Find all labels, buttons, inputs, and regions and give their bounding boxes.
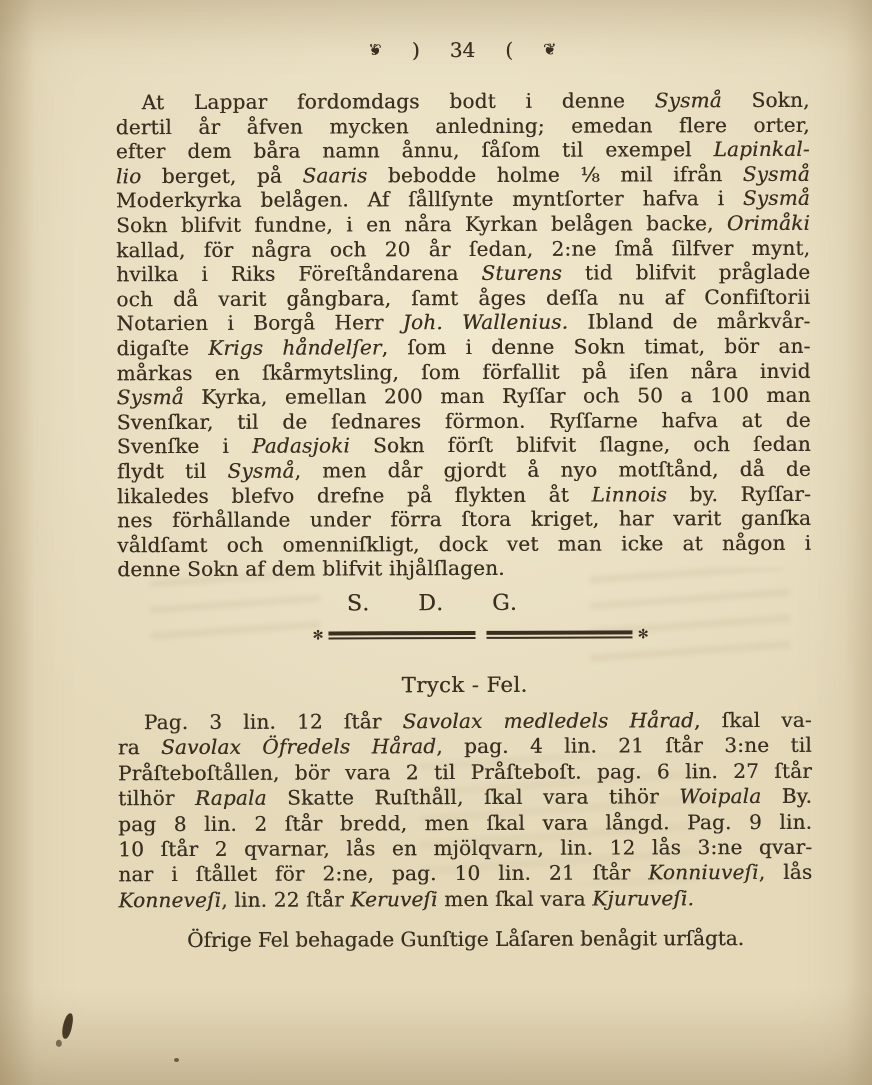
text-segment: by. Ryſſar- <box>667 481 811 506</box>
text-line: Pråſteboſtållen, bör vara 2 til Pråſtebo… <box>118 758 812 786</box>
text-segment: ra <box>118 735 161 759</box>
page-content: ❦ ) 34 ( ❦ At Lappar fordomdags bodt i d… <box>115 37 812 953</box>
ink-speck <box>174 1058 179 1062</box>
text-segment: , ſkal va- <box>694 708 812 732</box>
text-segment: tid blifvit pråglade <box>562 260 810 285</box>
text-line: nes förhållande under förra ſtora kriget… <box>117 506 811 533</box>
italic-text-segment: Kjuruveſi. <box>592 886 694 910</box>
italic-text-segment: Sysmå <box>655 88 722 112</box>
text-line: dertil år åfven mycken anledning; emedan… <box>116 112 810 139</box>
italic-text-segment: Saaris <box>302 163 367 187</box>
text-line: Svenſke i Padasjoki Sokn förſt blifvit ſ… <box>117 432 811 459</box>
italic-text-segment: Savolax medledels Hårad <box>402 708 694 733</box>
page-header: ❦ ) 34 ( ❦ <box>115 37 809 63</box>
italic-text-segment: Sturens <box>481 261 562 285</box>
text-line: digaſte Krigs håndelſer, ſom i denne Sok… <box>116 334 810 361</box>
italic-text-segment: Konneveſi <box>118 888 221 912</box>
text-line: flydt til Sysmå, men dår gjordt å nyo mo… <box>117 457 811 484</box>
closing-line: Öfrige Fel behagade Gunſtige Låſaren ben… <box>119 926 813 952</box>
text-segment: berget, på <box>141 163 302 188</box>
text-line: kallad, för några och 20 år ſedan, 2:ne … <box>116 235 810 262</box>
text-line: hvilka i Riks Föreſtåndarena Sturens tid… <box>116 260 810 287</box>
text-line: denne Sokn af dem blifvit ihjålſlagen. <box>117 555 811 582</box>
text-segment: Skatte Ruſthåll, ſkal vara tihör <box>267 784 680 809</box>
text-segment: , lin. 22 ſtår <box>221 887 350 911</box>
header-close-paren: ( <box>505 38 513 62</box>
text-line: mårkas en ſkårmytsling, ſom förfallit på… <box>117 358 811 385</box>
text-segment: Pråſteboſtållen, bör vara 2 til Pråſtebo… <box>118 758 812 784</box>
text-segment: Kyrka, emellan 200 man Ryſſar och 50 a 1… <box>184 383 811 409</box>
italic-text-segment: Savolax Öfredels Hårad <box>161 734 436 759</box>
text-line: Moderkyrka belågen. Af ſållſynte myntſor… <box>116 186 810 213</box>
text-line: ra Savolax Öfredels Hårad, pag. 4 lin. 2… <box>118 733 812 761</box>
italic-text-segment: Sysmå <box>743 162 810 186</box>
text-segment: Sokn, <box>722 88 810 112</box>
italic-text-segment: Orimåki <box>727 211 810 235</box>
text-segment: pag 8 lin. 2 ſtår bredd, men ſkal vara l… <box>118 809 812 835</box>
italic-text-segment: Lapinkal- <box>713 137 809 161</box>
text-segment: mårkas en ſkårmytsling, ſom förfallit på… <box>117 358 811 384</box>
text-line: Sokn blifvit fundne, i en nåra Kyrkan be… <box>116 211 810 238</box>
text-segment: Sokn blifvit fundne, i en nåra Kyrkan be… <box>116 211 727 237</box>
page-number: 34 <box>450 38 476 62</box>
text-segment: dertil år åfven mycken anledning; emedan… <box>116 112 810 138</box>
sdg-letter: G. <box>492 591 518 616</box>
text-segment: Svenſke i <box>117 434 252 458</box>
text-line: Sysmå Kyrka, emellan 200 man Ryſſar och … <box>117 383 811 410</box>
text-segment: nar i ſtållet för 2:ne, pag. 10 lin. 21 … <box>118 861 648 887</box>
text-segment: denne Sokn af dem blifvit ihjålſlagen. <box>117 556 505 581</box>
text-segment: men ſkal vara <box>438 886 593 911</box>
italic-text-segment: Keruveſi <box>350 887 437 911</box>
divider-rule <box>486 631 633 640</box>
text-segment: Notarien i Borgå Herr <box>116 311 402 336</box>
text-segment: tilhör <box>118 786 195 810</box>
text-segment: digaſte <box>116 336 208 360</box>
errata-paragraph: Pag. 3 lin. 12 ſtår Savolax medledels Hå… <box>118 708 813 914</box>
text-line: och då varit gångbara, ſamt åges deſſa n… <box>116 285 810 312</box>
text-segment: kallad, för några och 20 år ſedan, 2:ne … <box>116 235 810 261</box>
text-line: Konneveſi, lin. 22 ſtår Keruveſi men ſka… <box>118 886 812 914</box>
section-divider: ✻ ✻ <box>312 628 648 642</box>
text-segment: , pag. 4 lin. 21 ſtår 3:ne til <box>436 733 812 758</box>
floral-ornament-icon: ❦ <box>543 42 556 58</box>
italic-text-segment: Woipala <box>679 784 761 808</box>
scanned-book-page: ❦ ) 34 ( ❦ At Lappar fordomdags bodt i d… <box>0 0 872 1085</box>
errata-heading: Tryck - Fel. <box>118 672 812 698</box>
italic-text-segment: Padasjoki <box>252 434 350 458</box>
italic-text-segment: Joh. Wallenius. <box>403 310 569 335</box>
italic-text-segment: Sysmå <box>227 458 294 482</box>
ink-blot <box>61 1012 74 1039</box>
text-line: At Lappar fordomdags bodt i denne Sysmå … <box>116 88 810 115</box>
text-line: pag 8 lin. 2 ſtår bredd, men ſkal vara l… <box>118 809 812 837</box>
text-segment: likaledes blefvo drefne på flykten åt <box>117 482 592 508</box>
text-line: 10 ſtår 2 qvarnar, lås en mjölqvarn, lin… <box>118 835 812 863</box>
text-segment: bebodde holme ⅛ mil ifrån <box>367 162 742 187</box>
text-segment: 10 ſtår 2 qvarnar, lås en mjölqvarn, lin… <box>118 835 812 861</box>
floral-ornament-icon: ❦ <box>368 42 381 58</box>
italic-text-segment: Konniuveſi <box>648 860 759 884</box>
italic-text-segment: lio <box>116 164 142 188</box>
italic-text-segment: Krigs håndelſer <box>208 335 381 360</box>
text-line: lio berget, på Saaris bebodde holme ⅛ mi… <box>116 162 810 189</box>
asterisk-ornament-icon: ✻ <box>638 628 649 641</box>
sdg-initials: S. D. G. <box>85 590 779 617</box>
italic-text-segment: Rapala <box>195 786 267 810</box>
text-segment: At Lappar fordomdags bodt i denne <box>142 88 655 114</box>
text-segment: By. <box>761 784 812 808</box>
main-paragraph: At Lappar fordomdags bodt i denne Sysmå … <box>116 88 812 582</box>
text-line: Svenſkar, til de ſednares förmon. Ryſſar… <box>117 408 811 435</box>
text-segment: våldſamt och omenniſkligt, dock vet man … <box>117 530 811 556</box>
sdg-letter: S. <box>347 591 370 616</box>
text-segment: , men dår gjordt å nyo motſtånd, då de <box>295 457 811 483</box>
italic-text-segment: Sysmå <box>743 186 810 210</box>
text-line: likaledes blefvo drefne på flykten åt Li… <box>117 481 811 508</box>
text-segment: Pag. 3 lin. 12 ſtår <box>144 709 403 734</box>
text-segment: hvilka i Riks Föreſtåndarena <box>116 261 481 286</box>
divider-rule <box>328 631 475 640</box>
text-line: efter dem båra namn ånnu, ſåſom til exem… <box>116 137 810 164</box>
text-segment: Svenſkar, til de ſednares förmon. Ryſſar… <box>117 408 811 434</box>
text-segment: flydt til <box>117 459 228 483</box>
text-line: tilhör Rapala Skatte Ruſthåll, ſkal vara… <box>118 784 812 812</box>
text-segment: , lås <box>759 860 813 884</box>
text-segment: Moderkyrka belågen. Af ſållſynte myntſor… <box>116 186 743 212</box>
text-segment: , ſom i denne Sokn timat, bör an- <box>382 334 811 359</box>
italic-text-segment: Sysmå <box>117 385 184 409</box>
text-line: Notarien i Borgå Herr Joh. Wallenius. Ib… <box>116 309 810 336</box>
text-line: nar i ſtållet för 2:ne, pag. 10 lin. 21 … <box>118 860 812 888</box>
text-segment: Ibland de mårkvår- <box>568 309 810 334</box>
italic-text-segment: Linnois <box>591 482 667 506</box>
text-line: Pag. 3 lin. 12 ſtår Savolax medledels Hå… <box>118 708 812 736</box>
header-open-paren: ) <box>412 38 420 62</box>
text-segment: och då varit gångbara, ſamt åges deſſa n… <box>116 285 810 311</box>
text-segment: nes förhållande under förra ſtora kriget… <box>117 506 811 532</box>
asterisk-ornament-icon: ✻ <box>312 629 323 642</box>
sdg-letter: D. <box>418 591 444 616</box>
text-line: våldſamt och omenniſkligt, dock vet man … <box>117 530 811 557</box>
text-segment: efter dem båra namn ånnu, ſåſom til exem… <box>116 137 714 163</box>
text-segment: Sokn förſt blifvit ſlagne, och ſedan <box>350 432 811 458</box>
